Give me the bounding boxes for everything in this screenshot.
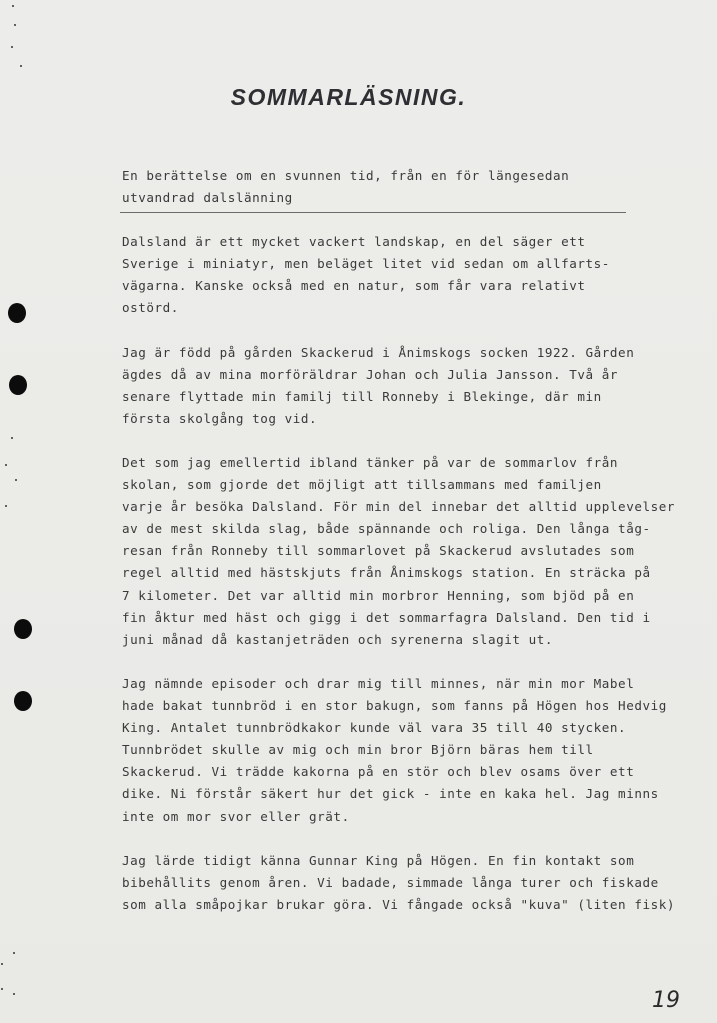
punch-hole-icon bbox=[8, 303, 26, 323]
text-line: av de mest skilda slag, både spännande o… bbox=[122, 518, 642, 540]
punch-hole-icon bbox=[9, 375, 27, 395]
text-line: ostörd. bbox=[122, 297, 642, 319]
paragraph-summer-holidays: Det som jag emellertid ibland tänker på … bbox=[122, 452, 642, 651]
scanned-page: SOMMARLÄSNING. En berättelse om en svunn… bbox=[0, 0, 717, 1023]
scan-speck bbox=[1, 963, 3, 965]
text-line: vägarna. Kanske också med en natur, som … bbox=[122, 275, 642, 297]
subtitle-divider bbox=[120, 212, 626, 213]
paragraph-tunnbrod: Jag nämnde episoder och drar mig till mi… bbox=[122, 673, 642, 828]
text-line: dike. Ni förstår säkert hur det gick - i… bbox=[122, 783, 642, 805]
text-line: hade bakat tunnbröd i en stor bakugn, so… bbox=[122, 695, 642, 717]
punch-hole-icon bbox=[14, 619, 32, 639]
subtitle-line: En berättelse om en svunnen tid, från en… bbox=[122, 165, 632, 187]
subtitle-line: utvandrad dalslänning bbox=[122, 187, 632, 209]
scan-speck bbox=[20, 65, 22, 67]
text-line: Jag är född på gården Skackerud i Ånimsk… bbox=[122, 342, 642, 364]
text-line: Sverige i miniatyr, men beläget litet vi… bbox=[122, 253, 642, 275]
text-line: Jag nämnde episoder och drar mig till mi… bbox=[122, 673, 642, 695]
text-line: 7 kilometer. Det var alltid min morbror … bbox=[122, 585, 642, 607]
page-number: 19 bbox=[652, 988, 680, 1013]
text-line: senare flyttade min familj till Ronneby … bbox=[122, 386, 642, 408]
text-line: som alla småpojkar brukar göra. Vi fånga… bbox=[122, 894, 642, 916]
page-title: SOMMARLÄSNING. bbox=[0, 84, 707, 111]
scan-speck bbox=[5, 505, 7, 507]
text-line: ägdes då av mina morföräldrar Johan och … bbox=[122, 364, 642, 386]
scan-speck bbox=[5, 464, 7, 466]
text-line: bibehållits genom åren. Vi badade, simma… bbox=[122, 872, 642, 894]
text-line: King. Antalet tunnbrödkakor kunde väl va… bbox=[122, 717, 642, 739]
text-line: juni månad då kastanjeträden och syrener… bbox=[122, 629, 642, 651]
scan-speck bbox=[12, 5, 14, 7]
scan-speck bbox=[11, 46, 13, 48]
paragraph-birth: Jag är född på gården Skackerud i Ånimsk… bbox=[122, 342, 642, 430]
text-line: skolan, som gjorde det möjligt att tills… bbox=[122, 474, 642, 496]
text-line: inte om mor svor eller grät. bbox=[122, 806, 642, 828]
paragraph-dalsland-intro: Dalsland är ett mycket vackert landskap,… bbox=[122, 231, 642, 319]
text-line: Jag lärde tidigt känna Gunnar King på Hö… bbox=[122, 850, 642, 872]
scan-speck bbox=[13, 993, 15, 995]
text-line: fin åktur med häst och gigg i det sommar… bbox=[122, 607, 642, 629]
paragraph-gunnar-king: Jag lärde tidigt känna Gunnar King på Hö… bbox=[122, 850, 642, 916]
text-line: varje år besöka Dalsland. För min del in… bbox=[122, 496, 642, 518]
text-line: regel alltid med hästskjuts från Ånimsko… bbox=[122, 562, 642, 584]
scan-speck bbox=[11, 437, 13, 439]
punch-hole-icon bbox=[14, 691, 32, 711]
scan-speck bbox=[13, 952, 15, 954]
text-line: resan från Ronneby till sommarlovet på S… bbox=[122, 540, 642, 562]
text-line: Tunnbrödet skulle av mig och min bror Bj… bbox=[122, 739, 642, 761]
subtitle: En berättelse om en svunnen tid, från en… bbox=[122, 165, 632, 209]
scan-speck bbox=[1, 988, 3, 990]
scan-speck bbox=[14, 24, 16, 26]
text-line: Skackerud. Vi trädde kakorna på en stör … bbox=[122, 761, 642, 783]
text-line: första skolgång tog vid. bbox=[122, 408, 642, 430]
text-line: Dalsland är ett mycket vackert landskap,… bbox=[122, 231, 642, 253]
text-line: Det som jag emellertid ibland tänker på … bbox=[122, 452, 642, 474]
scan-speck bbox=[15, 479, 17, 481]
